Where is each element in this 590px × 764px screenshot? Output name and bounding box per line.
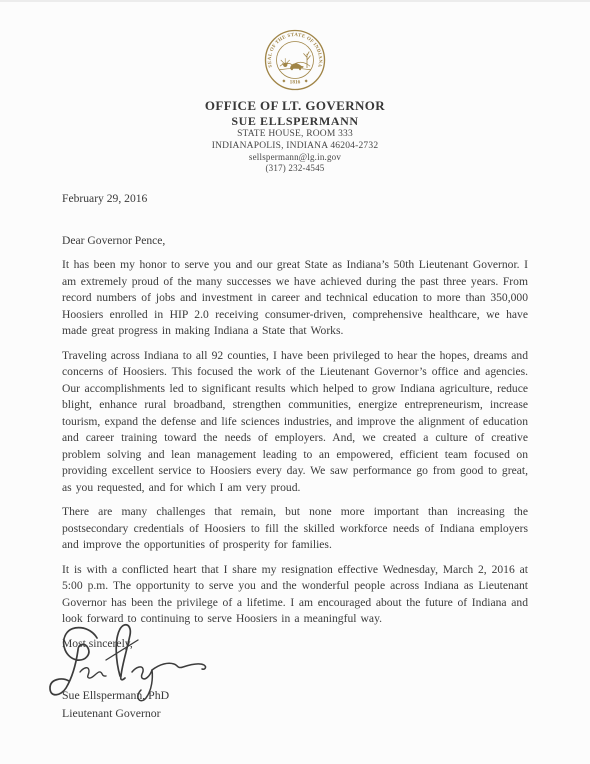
letterhead-address2: INDIANAPOLIS, INDIANA 46204-2732 [0, 141, 590, 153]
signature-area: Most sincerely, Sue Ellspermann, PhD Lie… [62, 636, 528, 721]
seal-ornament-left: ◆ [282, 78, 286, 83]
body-paragraph-2: Traveling across Indiana to all 92 count… [62, 348, 528, 497]
seal-year-text: 1816 [290, 80, 301, 86]
letterhead: SEAL OF THE STATE OF INDIANA 1816 ◆ ◆ OF… [0, 0, 590, 174]
body-paragraph-1: It has been my honor to serve you and ou… [62, 257, 528, 340]
seal-scene [279, 52, 310, 71]
letterhead-phone: (317) 232-4545 [0, 163, 590, 174]
letter-date: February 29, 2016 [62, 191, 528, 207]
body-paragraph-3: There are many challenges that remain, b… [62, 504, 528, 554]
indiana-state-seal-icon: SEAL OF THE STATE OF INDIANA 1816 ◆ ◆ [263, 28, 327, 92]
body-paragraph-4: It is with a conflicted heart that I sha… [62, 562, 528, 628]
letterhead-address1: STATE HOUSE, ROOM 333 [0, 129, 590, 141]
seal-ornament-right: ◆ [305, 78, 309, 83]
seal-wrap: SEAL OF THE STATE OF INDIANA 1816 ◆ ◆ [0, 28, 590, 92]
letterhead-email: sellspermann@lg.in.gov [0, 152, 590, 163]
letterhead-office: OFFICE OF LT. GOVERNOR [0, 98, 590, 114]
letter-page: SEAL OF THE STATE OF INDIANA 1816 ◆ ◆ OF… [0, 0, 590, 764]
signature-name: Sue Ellspermann, PhD [62, 687, 528, 703]
letter-body: February 29, 2016 Dear Governor Pence, I… [0, 191, 590, 721]
letterhead-officer: SUE ELLSPERMANN [0, 114, 590, 129]
salutation: Dear Governor Pence, [62, 233, 528, 249]
signature-title: Lieutenant Governor [62, 705, 528, 721]
closing: Most sincerely, [62, 636, 528, 652]
